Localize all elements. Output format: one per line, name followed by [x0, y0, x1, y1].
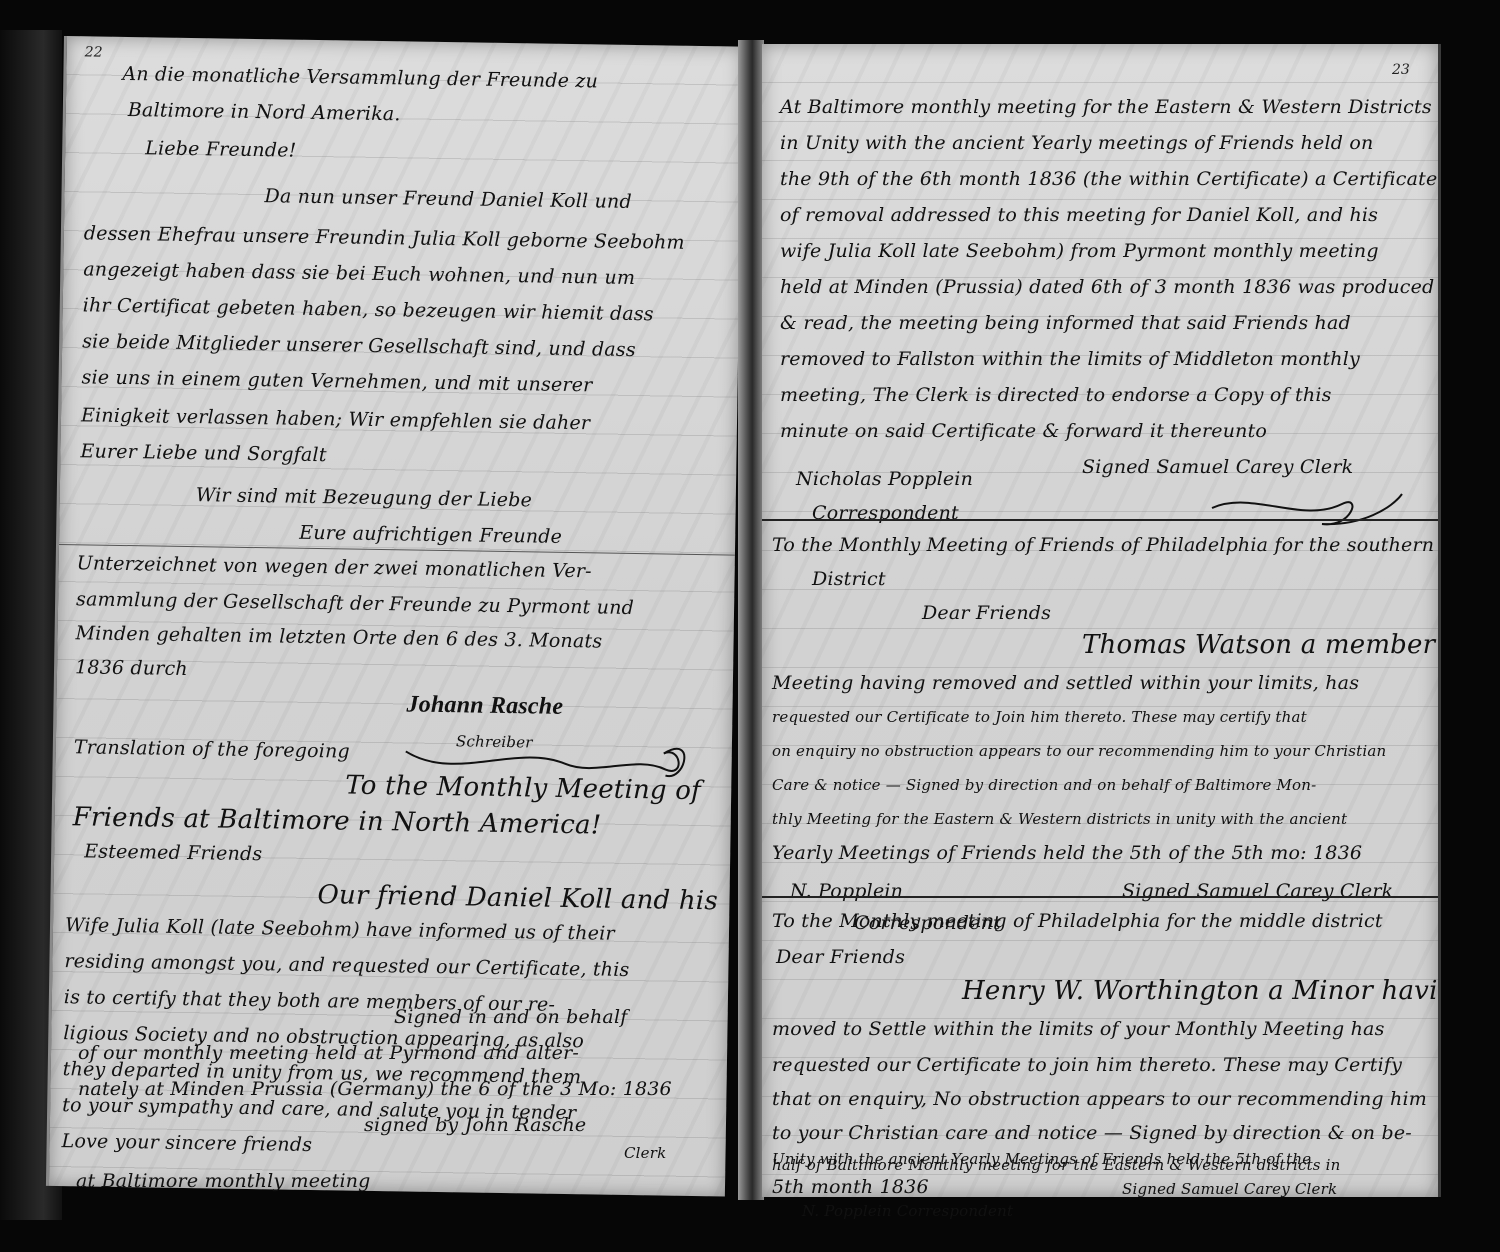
body-line: Care & notice — Signed by direction and … — [772, 776, 1316, 794]
salutation: Dear Friends — [922, 602, 1051, 624]
signature-title: Clerk — [624, 1144, 666, 1162]
salutation: Liebe Freunde! — [145, 137, 297, 161]
body-line: thly Meeting for the Eastern & Western d… — [772, 810, 1347, 828]
minute-line: in Unity with the ancient Yearly meeting… — [780, 132, 1373, 154]
right-page: 23 At Baltimore monthly meeting for the … — [762, 44, 1441, 1197]
minute-line: minute on said Certificate & forward it … — [780, 420, 1267, 442]
salutation: Dear Friends — [776, 946, 905, 968]
address-line: Baltimore in Nord Amerika. — [128, 99, 401, 125]
address-line: District — [812, 568, 886, 590]
body-line: to your Christian care and notice — Sign… — [772, 1122, 1412, 1144]
minute-line: of removal addressed to this meeting for… — [780, 204, 1378, 226]
body-line: requested our Certificate to Join him th… — [772, 708, 1307, 726]
left-page-footer-area: Signed in and on behalf of our monthly m… — [64, 1020, 740, 1220]
signature-john-rasche: signed by John Rasche — [364, 1114, 586, 1136]
body-line: Meeting having removed and settled withi… — [772, 672, 1359, 694]
left-page-number: 22 — [85, 44, 103, 60]
signature-johann-rasche: Johann Rasche — [406, 691, 563, 720]
body-line: that on enquiry, No obstruction appears … — [772, 1088, 1427, 1110]
body-line: Unity with the ancient Yearly Meetings o… — [772, 1150, 1311, 1168]
address-line: To the Monthly meeting of Philadelphia f… — [772, 910, 1383, 932]
minute-signed: Signed Samuel Carey Clerk — [1082, 456, 1353, 478]
address-line: To the Monthly Meeting of — [345, 771, 701, 807]
minute-line: & read, the meeting being informed that … — [780, 312, 1351, 334]
book-gutter — [738, 40, 764, 1200]
signed-line: 1836 durch — [75, 656, 188, 680]
footer-line: at Baltimore monthly meeting — [76, 1170, 371, 1192]
translation-heading: Translation of the foregoing — [74, 736, 350, 762]
right-page-number: 23 — [1392, 62, 1410, 78]
body-line: Eurer Liebe und Sorgfalt — [80, 440, 327, 466]
body-line: 5th month 1836 — [772, 1176, 929, 1198]
body-line: Thomas Watson a member of this — [1082, 630, 1441, 660]
minute-line: wife Julia Koll late Seebohm) from Pyrmo… — [780, 240, 1379, 262]
correspondent-name: N. Popplein — [790, 880, 903, 902]
right-page-footer-area: Unity with the ancient Yearly Meetings o… — [762, 1150, 1438, 1250]
scanned-book-spread: 22 An die monatliche Versammlung der Fre… — [0, 0, 1500, 1252]
minute-line: meeting, The Clerk is directed to endors… — [780, 384, 1332, 406]
body-line: on enquiry no obstruction appears to our… — [772, 742, 1386, 760]
signature-flourish-icon — [1202, 484, 1412, 534]
section-divider — [762, 519, 1438, 521]
minute-line: removed to Fallston within the limits of… — [780, 348, 1360, 370]
certificate-signed: Signed Samuel Carey Clerk — [1122, 880, 1393, 902]
body-line: requested our Certificate to join him th… — [772, 1054, 1402, 1076]
signed-line: Signed in and on behalf — [394, 1006, 627, 1028]
correspondent-name: Nicholas Popplein — [796, 468, 973, 490]
section-divider — [762, 896, 1438, 898]
address-line: To the Monthly Meeting of Friends of Phi… — [772, 534, 1434, 556]
certificate-signed: Signed Samuel Carey Clerk — [1122, 1180, 1337, 1198]
signed-line: of our monthly meeting held at Pyrmond a… — [78, 1042, 579, 1064]
minute-line: the 9th of the 6th month 1836 (the withi… — [780, 168, 1437, 190]
minute-line: At Baltimore monthly meeting for the Eas… — [780, 96, 1432, 118]
salutation: Esteemed Friends — [84, 840, 262, 865]
body-line: Our friend Daniel Koll and his — [317, 880, 718, 916]
signed-line: nately at Minden Prussia (Germany) the 6… — [78, 1078, 672, 1100]
body-line: Henry W. Worthington a Minor having re- — [962, 976, 1441, 1006]
body-line: moved to Settle within the limits of you… — [772, 1018, 1385, 1040]
minute-line: held at Minden (Prussia) dated 6th of 3 … — [780, 276, 1434, 298]
correspondent: N. Popplein Correspondent — [802, 1202, 1013, 1220]
closing-line: Eure aufrichtigen Freunde — [299, 522, 562, 548]
body-line: Yearly Meetings of Friends held the 5th … — [772, 842, 1362, 864]
